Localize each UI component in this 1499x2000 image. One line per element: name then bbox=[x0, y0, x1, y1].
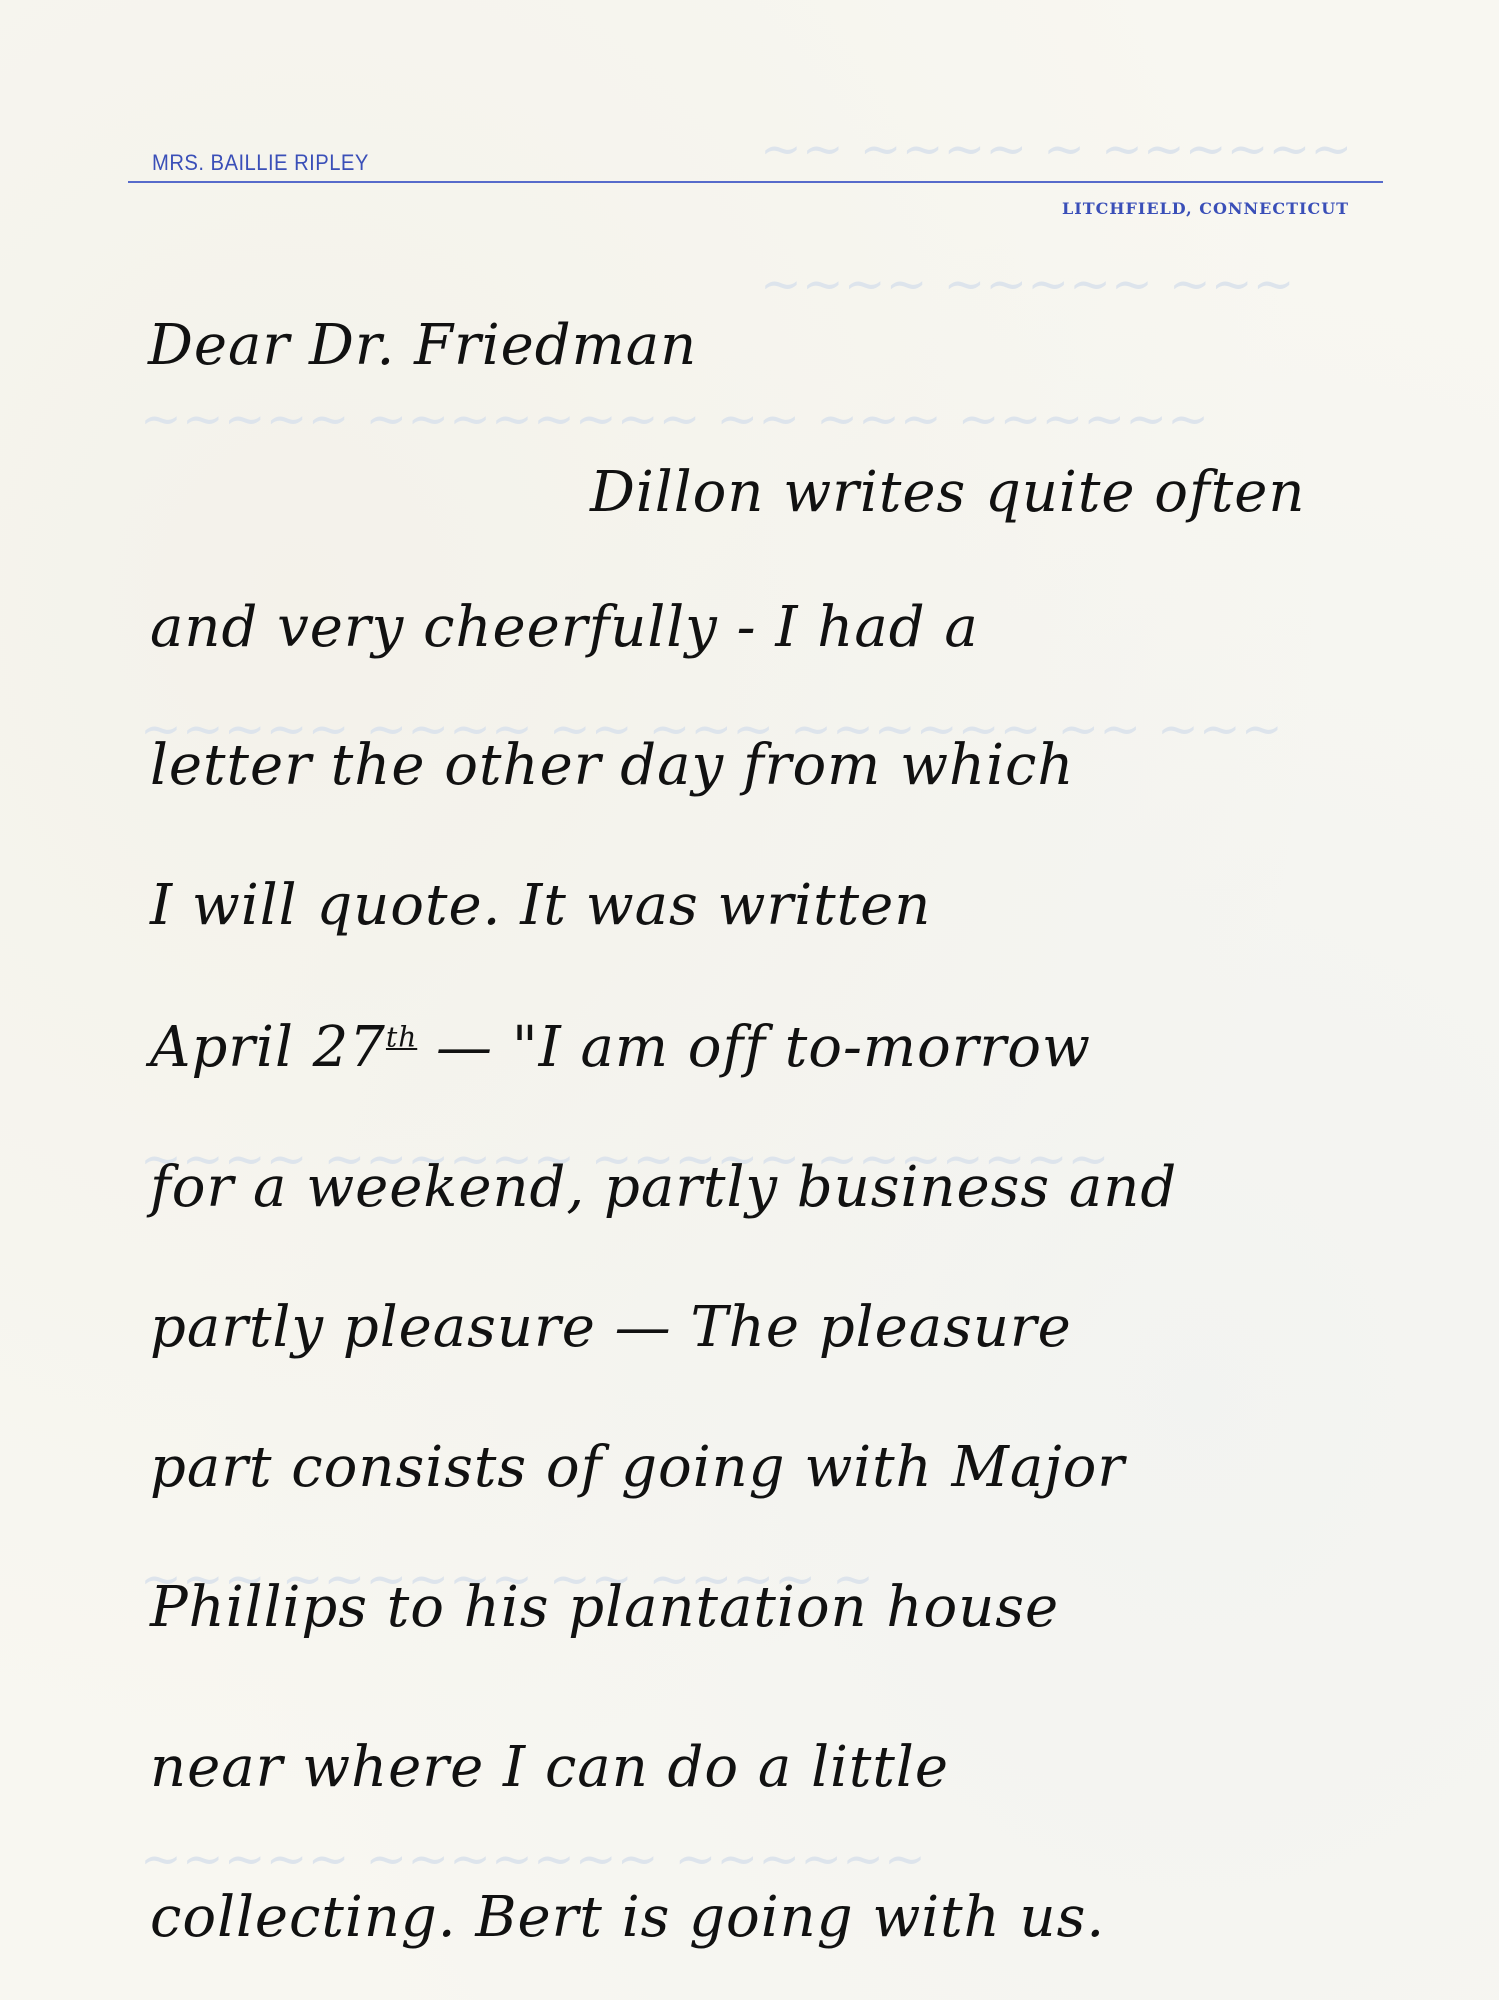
letter-line: collecting. Bert is going with us. bbox=[150, 1890, 1105, 1946]
letter-line: letter the other day from which bbox=[150, 738, 1074, 794]
bleed-through-text: ~~ ~~~~ ~ ~~~~~~ bbox=[760, 120, 1499, 178]
letter-line: part consists of going with Major bbox=[150, 1440, 1125, 1496]
letter-line: April 27th — "I am off to-morrow bbox=[150, 1020, 1091, 1076]
letter-line: Dillon writes quite often bbox=[590, 465, 1305, 521]
letter-line: I will quote. It was written bbox=[150, 878, 931, 934]
letter-line: Phillips to his plantation house bbox=[150, 1580, 1059, 1636]
quote-start: — "I am off to-morrow bbox=[417, 1015, 1091, 1080]
letter-page: ~~ ~~~~ ~ ~~~~~~ ~~~~ ~~~~~ ~~~ ~~~~~ ~~… bbox=[0, 0, 1499, 2000]
bleed-through-text: ~~~~~ ~~~~~~~ ~~~~~~ bbox=[140, 1830, 1499, 1888]
letter-line: for a weekend, partly business and bbox=[150, 1160, 1177, 1216]
salutation: Dear Dr. Friedman bbox=[148, 318, 697, 374]
bleed-through-text: ~~~~ ~~~~~ ~~~ bbox=[760, 255, 1499, 313]
letterhead-rule bbox=[128, 181, 1383, 183]
letter-line: and very cheerfully - I had a bbox=[150, 600, 979, 656]
date-text: April 27 bbox=[150, 1015, 386, 1080]
letterhead-name: MRS. BAILLIE RIPLEY bbox=[152, 150, 369, 176]
bleed-through-text: ~~~~~ ~~~~~~~~ ~~ ~~~ ~~~~~~ bbox=[140, 390, 1499, 448]
date-ordinal: th bbox=[386, 1020, 417, 1053]
letter-line: partly pleasure — The pleasure bbox=[150, 1300, 1072, 1356]
letterhead-place: LITCHFIELD, CONNECTICUT bbox=[1062, 199, 1349, 218]
letter-line: near where I can do a little bbox=[150, 1740, 949, 1796]
